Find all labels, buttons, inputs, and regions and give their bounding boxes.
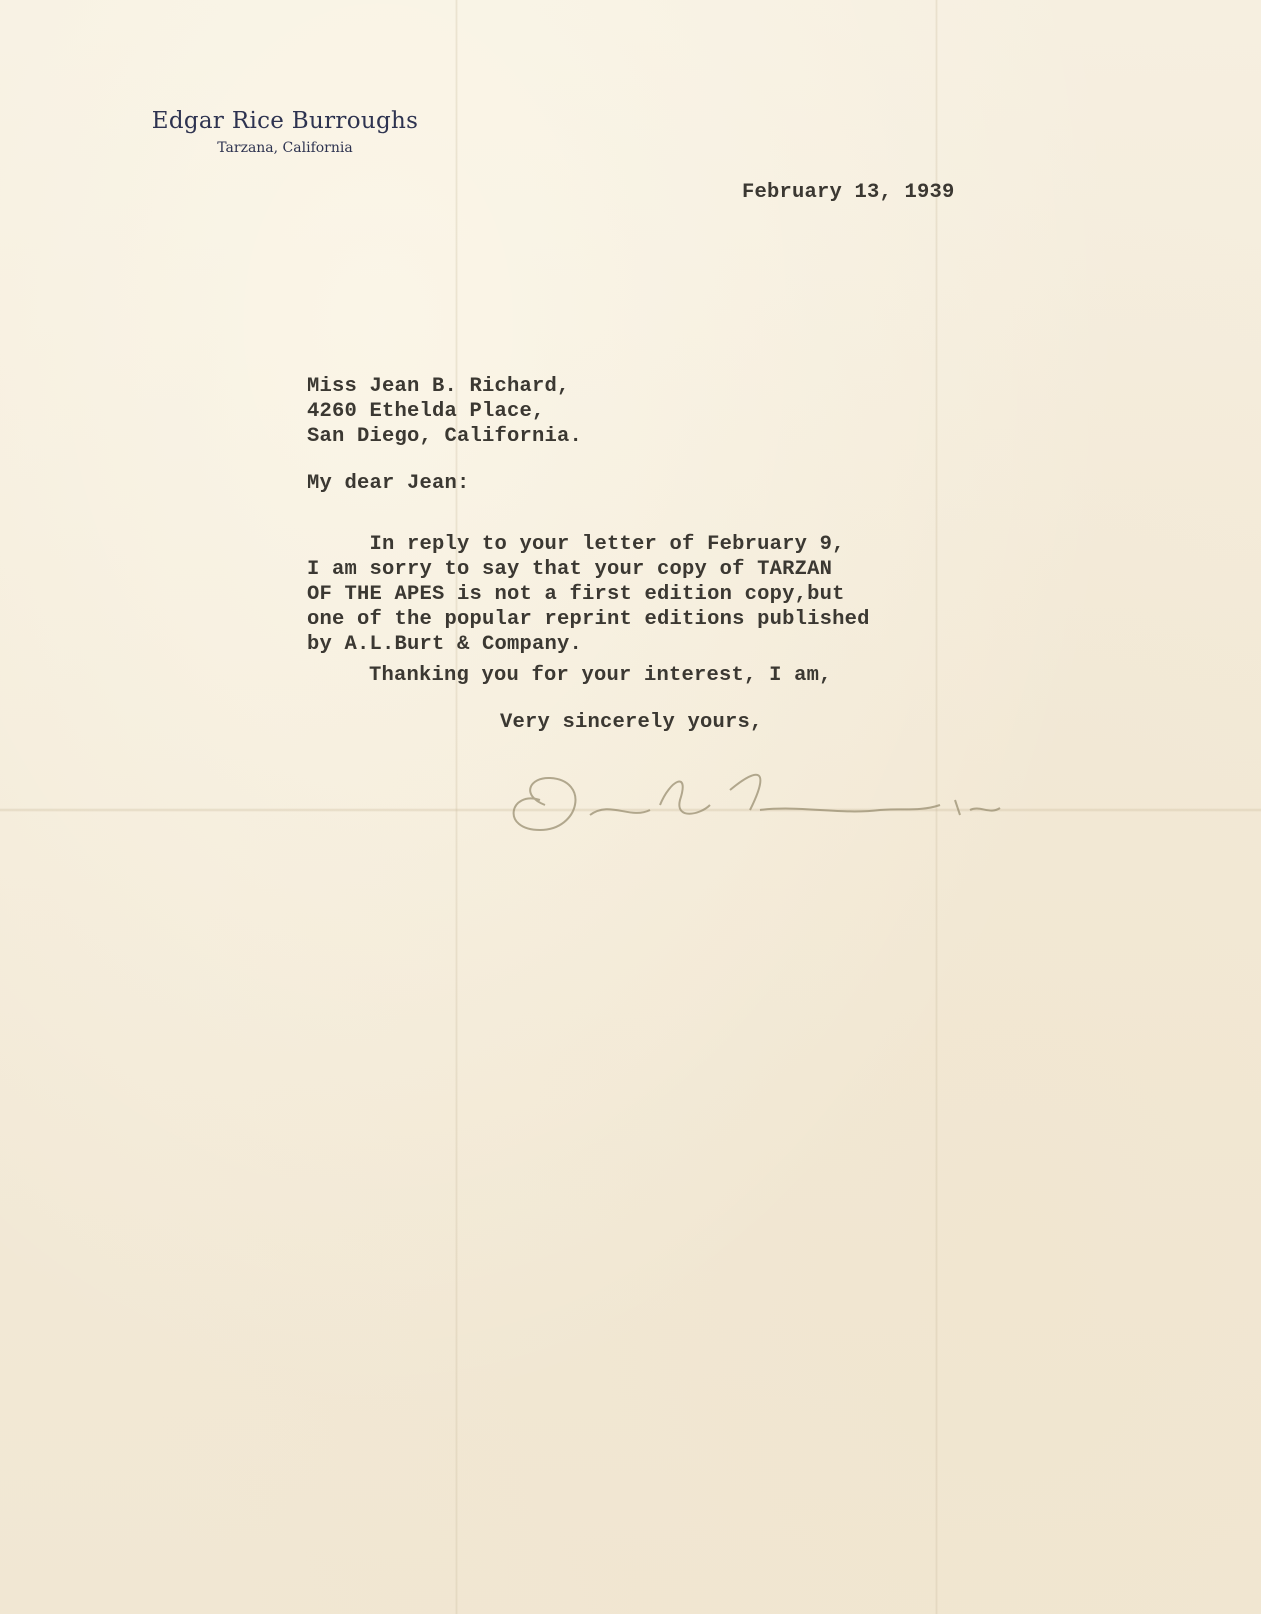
body-line: I am sorry to say that your copy of TARZ… <box>307 557 870 582</box>
body-line: by A.L.Burt & Company. <box>307 632 870 657</box>
closing-line: Very sincerely yours, <box>500 710 763 735</box>
body-line: one of the popular reprint editions publ… <box>307 607 870 632</box>
address-line: San Diego, California. <box>307 424 582 449</box>
handwritten-signature <box>500 760 1020 840</box>
letterhead-location: Tarzana, California <box>120 140 450 156</box>
body-line: OF THE APES is not a first edition copy,… <box>307 582 870 607</box>
address-line: 4260 Ethelda Place, <box>307 399 582 424</box>
salutation: My dear Jean: <box>307 471 470 496</box>
signature-flourish-icon <box>500 760 1020 840</box>
address-line: Miss Jean B. Richard, <box>307 374 582 399</box>
letterhead: Edgar Rice Burroughs Tarzana, California <box>120 108 450 156</box>
letter-body: In reply to your letter of February 9,I … <box>307 532 870 657</box>
letterhead-name: Edgar Rice Burroughs <box>120 108 450 134</box>
body-line: In reply to your letter of February 9, <box>307 532 870 557</box>
thanks-line: Thanking you for your interest, I am, <box>369 663 832 688</box>
letter-page: Edgar Rice Burroughs Tarzana, California… <box>0 0 1261 1614</box>
letter-date: February 13, 1939 <box>742 180 955 205</box>
paper-fold-vertical-left <box>455 0 458 1614</box>
recipient-address: Miss Jean B. Richard,4260 Ethelda Place,… <box>307 374 582 449</box>
